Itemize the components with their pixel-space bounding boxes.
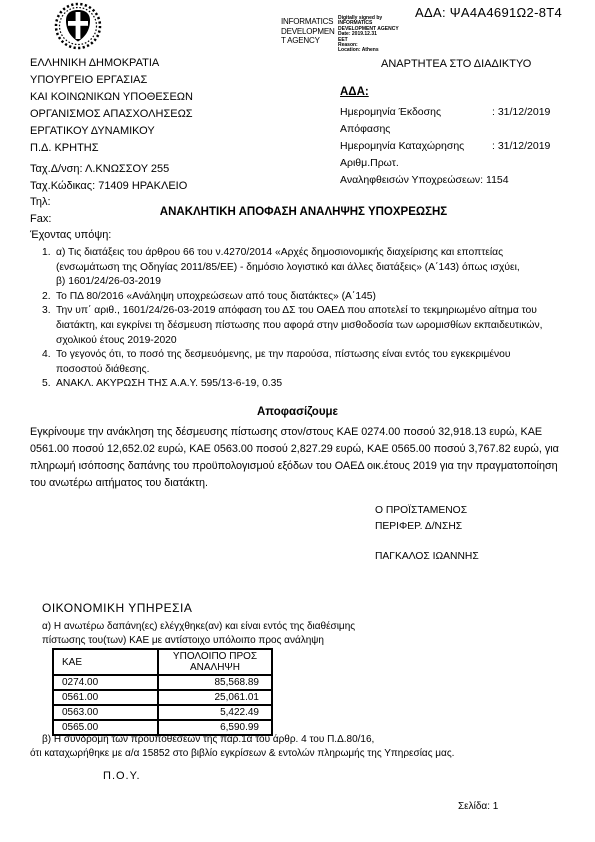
protocol-label: Αριθμ.Πρωτ. <box>340 155 550 172</box>
org-line: Π.Δ. ΚΡΗΤΗΣ <box>30 140 193 157</box>
item-number: 2. <box>42 290 56 305</box>
org-line: ΕΛΛΗΝΙΚΗ ΔΗΜΟΚΡΑΤΙΑ <box>30 55 193 72</box>
organisation-block: ΕΛΛΗΝΙΚΗ ΔΗΜΟΚΡΑΤΙΑ ΥΠΟΥΡΓΕΙΟ ΕΡΓΑΣΙΑΣ Κ… <box>30 55 193 157</box>
decision-body: Εγκρίνουμε την ανάκληση της δέσμευσης πί… <box>30 424 567 492</box>
kae-cell: 0274.00 <box>53 675 158 690</box>
table-row: 0561.00 25,061.01 <box>53 690 272 705</box>
table-row: 0563.00 5,422.49 <box>53 705 272 720</box>
document-title: ΑΝΑΚΛΗΤΙΚΗ ΑΠΟΦΑΣΗ ΑΝΑΛΗΨΗΣ ΥΠΟΧΡΕΩΣΗΣ <box>0 206 595 218</box>
register-date-label: Ημερομηνία Καταχώρησης <box>340 138 492 155</box>
register-date-row: Ημερομηνία Καταχώρησης : 31/12/2019 <box>340 138 550 155</box>
issue-date-row: Ημερομηνία Έκδοσης Απόφασης : 31/12/2019 <box>340 104 550 138</box>
contact-address: Ταχ.Δ/νση: Λ.ΚΝΩΣΣΟΥ 255 <box>30 161 187 178</box>
considering-intro: Έχοντας υπόψη: <box>30 229 111 241</box>
signature-block: Ο ΠΡΟΪΣΤΑΜΕΝΟΣ ΠΕΡΙΦΕΡ. Δ/ΝΣΗΣ ΠΑΓΚΑΛΟΣ … <box>375 503 479 565</box>
signer-role: Ο ΠΡΟΪΣΤΑΜΕΝΟΣ <box>375 503 479 519</box>
signer-role: ΠΕΡΙΦΕΡ. Δ/ΝΣΗΣ <box>375 519 479 535</box>
org-line: ΕΡΓΑΤΙΚΟΥ ΔΥΝΑΜΙΚΟΥ <box>30 123 193 140</box>
item-text: Την υπ΄ αριθ., 1601/24/26-03-2019 απόφασ… <box>56 304 558 348</box>
finance-heading: ΟΙΚΟΝΟΜΙΚΗ ΥΠΗΡΕΣΙΑ <box>42 601 192 615</box>
finance-note-b-line1: β) Η συνδρομή των προϋποθέσεων της παρ.1… <box>42 733 374 747</box>
balance-cell: 25,061.01 <box>158 690 272 705</box>
contact-postcode: Ταχ.Κώδικας: 71409 ΗΡΑΚΛΕΙΟ <box>30 178 187 195</box>
considering-item: 4. Το γεγονός ότι, το ποσό της δεσμευόμε… <box>42 348 558 377</box>
signature-stamp-details: Digitally signed by INFORMATICS DEVELOPM… <box>338 16 399 54</box>
finance-note-a: α) Η ανωτέρω δαπάνη(ες) ελέγχθηκε(αν) κα… <box>42 620 412 647</box>
org-line: ΟΡΓΑΝΙΣΜΟΣ ΑΠΑΣΧΟΛΗΣΕΩΣ <box>30 106 193 123</box>
document-page: ΑΔΑ: ΨΑ4Α4691Ω2-8Τ4 INFORMATICS DEVELOPM… <box>0 0 595 842</box>
meta-block: Ημερομηνία Έκδοσης Απόφασης : 31/12/2019… <box>340 104 550 189</box>
issue-date-label: Ημερομηνία Έκδοσης Απόφασης <box>340 104 492 138</box>
table-header-row: ΚΑΕ ΥΠΟΛΟΙΠΟ ΠΡΟΣ ΑΝΑΛΗΨΗ <box>53 649 272 675</box>
finance-note-b-line2: ότι καταχωρήθηκε με α/α 15852 στο βιβλίο… <box>30 747 454 761</box>
col-header-balance: ΥΠΟΛΟΙΠΟ ΠΡΟΣ ΑΝΑΛΗΨΗ <box>158 649 272 675</box>
kae-cell: 0561.00 <box>53 690 158 705</box>
signer-name: ΠΑΓΚΑΛΟΣ ΙΩΑΝΝΗΣ <box>375 549 479 565</box>
item-number: 4. <box>42 348 56 377</box>
item-number: 5. <box>42 377 56 392</box>
item-text: α) Τις διατάξεις του άρθρου 66 του ν.427… <box>56 246 558 290</box>
web-posting-note: ΑΝΑΡΤΗΤΕΑ ΣΤΟ ΔΙΑΔΙΚΤΥΟ <box>381 58 531 70</box>
considering-item: 2. Το ΠΔ 80/2016 «Ανάληψη υποχρεώσεων απ… <box>42 290 558 305</box>
col-header-kae: ΚΑΕ <box>53 649 158 675</box>
balance-cell: 85,568.89 <box>158 675 272 690</box>
item-text: Το ΠΔ 80/2016 «Ανάληψη υποχρεώσεων από τ… <box>56 290 558 305</box>
considering-item: 5. ΑΝΑΚΛ. ΑΚΥΡΩΣΗ ΤΗΣ Α.Α.Υ. 595/13-6-19… <box>42 377 558 392</box>
greek-state-emblem-icon <box>52 2 104 55</box>
register-date-value: : 31/12/2019 <box>492 138 550 155</box>
kae-cell: 0563.00 <box>53 705 158 720</box>
obligations-number: Αναληφθεισών Υποχρεώσεων: 1154 <box>340 172 550 189</box>
item-text: Το γεγονός ότι, το ποσό της δεσμευόμενης… <box>56 348 558 377</box>
considering-item: 1. α) Τις διατάξεις του άρθρου 66 του ν.… <box>42 246 558 290</box>
org-line: ΚΑΙ ΚΟΙΝΩΝΙΚΩΝ ΥΠΟΘΕΣΕΩΝ <box>30 89 193 106</box>
balance-cell: 5,422.49 <box>158 705 272 720</box>
item-number: 3. <box>42 304 56 348</box>
kae-balance-table: ΚΑΕ ΥΠΟΛΟΙΠΟ ΠΡΟΣ ΑΝΑΛΗΨΗ 0274.00 85,568… <box>52 648 273 736</box>
page-number: Σελίδα: 1 <box>458 801 498 812</box>
considering-list: 1. α) Τις διατάξεις του άρθρου 66 του ν.… <box>42 246 558 392</box>
poy-label: Π.Ο.Υ. <box>103 770 141 782</box>
considering-item: 3. Την υπ΄ αριθ., 1601/24/26-03-2019 από… <box>42 304 558 348</box>
item-number: 1. <box>42 246 56 290</box>
org-line: ΥΠΟΥΡΓΕΙΟ ΕΡΓΑΣΙΑΣ <box>30 72 193 89</box>
decision-heading: Αποφασίζουμε <box>0 406 595 418</box>
item-text: ΑΝΑΚΛ. ΑΚΥΡΩΣΗ ΤΗΣ Α.Α.Υ. 595/13-6-19, 0… <box>56 377 558 392</box>
ada-label: ΑΔΑ: <box>340 86 369 98</box>
issue-date-value: : 31/12/2019 <box>492 104 550 138</box>
signature-stamp-agency: INFORMATICS DEVELOPMEN T AGENCY <box>281 17 335 46</box>
ada-code: ΑΔΑ: ΨΑ4Α4691Ω2-8Τ4 <box>415 5 562 20</box>
table-row: 0274.00 85,568.89 <box>53 675 272 690</box>
